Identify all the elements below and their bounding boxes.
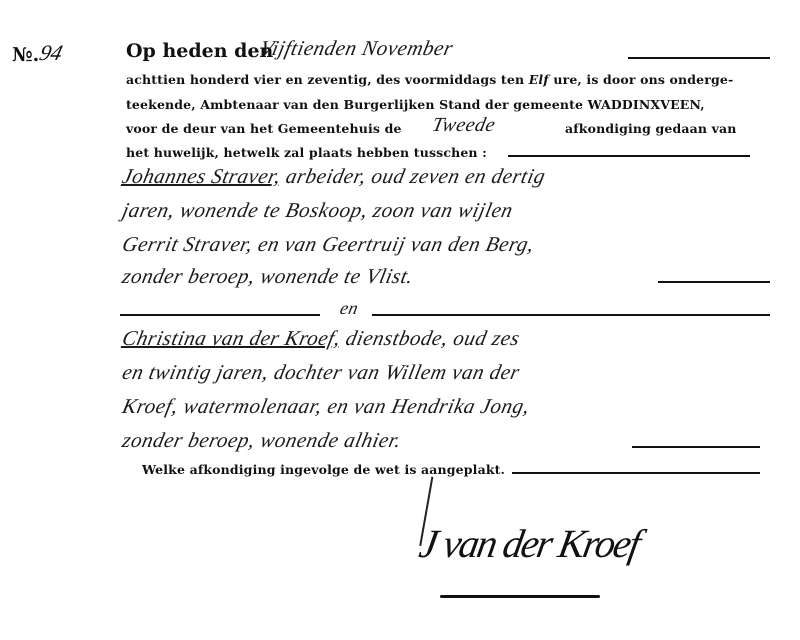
record-number: 94: [37, 40, 65, 66]
groom-line-2: jaren, wonende te Boskoop, zoon van wijl…: [120, 198, 515, 223]
fill-line: [512, 472, 760, 474]
fill-line: [120, 314, 320, 316]
signature-underline: [440, 595, 600, 598]
bride-line-4: zonder beroep, wonende alhier.: [120, 428, 404, 453]
bride-line-2: en twintig jaren, dochter van Willem van…: [120, 360, 522, 385]
fill-line: [628, 57, 770, 59]
conjunction: en: [338, 298, 360, 319]
record-number-label: №.: [12, 44, 39, 66]
hour-value: Elf: [529, 72, 549, 87]
groom-line-3: Gerrit Straver, en van Geertruij van den…: [120, 232, 537, 257]
printed-line-2-tail: ure, is door ons onderge-: [553, 72, 733, 87]
groom-name: Johannes Straver,: [120, 164, 283, 188]
printed-line-2-text: achttien honderd vier en zeventig, des v…: [126, 72, 524, 87]
fill-line: [372, 314, 770, 316]
groom-line-1: Johannes Straver, arbeider, oud zeven en…: [120, 164, 548, 189]
fill-line: [658, 281, 770, 283]
bride-name: Christina van der Kroef,: [120, 326, 343, 350]
printed-line-3: teekende, Ambtenaar van den Burgerlijken…: [126, 97, 705, 112]
printed-line-2: achttien honderd vier en zeventig, des v…: [126, 72, 733, 87]
bride-line-1: Christina van der Kroef, dienstbode, oud…: [120, 326, 522, 351]
bride-line-3: Kroef, watermolenaar, en van Hendrika Jo…: [120, 394, 532, 419]
printed-line-4-tail: afkondiging gedaan van: [565, 121, 737, 136]
groom-line-4: zonder beroep, wonende te Vlist.: [120, 264, 416, 289]
handwritten-announcement-ordinal: Tweede: [430, 114, 497, 137]
fill-line: [508, 155, 750, 157]
official-signature: J van der Kroef: [416, 520, 643, 567]
closing-statement: Welke afkondiging ingevolge de wet is aa…: [142, 462, 505, 477]
groom-line-1-rest: arbeider, oud zeven en dertig: [284, 164, 548, 188]
fill-line: [632, 446, 760, 448]
printed-line-1-lead: Op heden den: [126, 40, 273, 62]
bride-line-1-rest: dienstbode, oud zes: [344, 326, 523, 350]
printed-line-4-lead: voor de deur van het Gemeentehuis de: [126, 121, 402, 136]
marriage-announcement-record: №. 94 Op heden den Vijftienden November …: [0, 0, 800, 640]
printed-line-5: het huwelijk, hetwelk zal plaats hebben …: [126, 145, 487, 160]
handwritten-date: Vijftienden November: [258, 36, 455, 61]
